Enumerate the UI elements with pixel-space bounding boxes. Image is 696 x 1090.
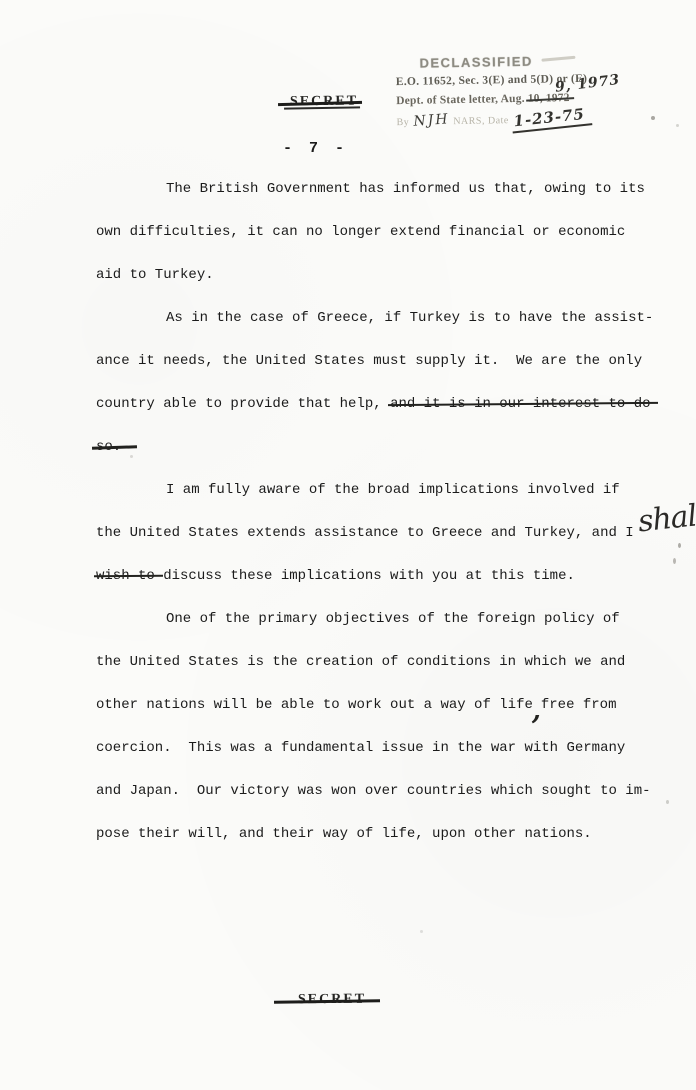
struck-text: so. bbox=[96, 439, 121, 456]
body-line: One of the primary objectives of the for… bbox=[96, 611, 656, 654]
body-line: As in the case of Greece, if Turkey is t… bbox=[96, 310, 656, 353]
body-text: country able to provide that help, bbox=[96, 396, 390, 412]
document-body: The British Government has informed us t… bbox=[96, 181, 656, 869]
paragraph: I am fully aware of the broad implicatio… bbox=[96, 482, 656, 611]
paragraph: As in the case of Greece, if Turkey is t… bbox=[96, 310, 656, 482]
body-text: discuss these implications with you at t… bbox=[155, 568, 575, 584]
body-text: The British Government has informed us t… bbox=[166, 181, 645, 197]
body-text: free from bbox=[541, 697, 617, 713]
handwritten-nars-date: 1-23-75 bbox=[511, 104, 592, 133]
scan-speckle bbox=[130, 455, 133, 458]
body-text: the United States extends assistance to … bbox=[96, 525, 634, 541]
body-line: I am fully aware of the broad implicatio… bbox=[96, 482, 656, 525]
comma-glyph: , bbox=[532, 706, 541, 716]
scan-speckle bbox=[676, 124, 679, 127]
by-label: By bbox=[396, 117, 409, 128]
scan-speckle bbox=[678, 543, 681, 548]
body-line: country able to provide that help, and i… bbox=[96, 396, 656, 439]
nars-line: ByNJHNARS, Date 1-23-75 bbox=[396, 107, 636, 132]
body-text: coercion. This was a fundamental issue i… bbox=[96, 740, 625, 756]
secret-stamp-top: SECRET bbox=[290, 94, 358, 111]
nars-label: NARS, Date bbox=[453, 115, 509, 127]
body-line: so. bbox=[96, 439, 656, 482]
handwritten-initials: NJH bbox=[413, 110, 450, 131]
body-line: and Japan. Our victory was won over coun… bbox=[96, 783, 656, 826]
scan-speckle bbox=[673, 558, 676, 564]
scan-speckle bbox=[651, 116, 655, 120]
body-text: other nations will be able to work out a… bbox=[96, 697, 533, 713]
scan-speckle bbox=[420, 930, 423, 933]
body-line: ance it needs, the United States must su… bbox=[96, 353, 656, 396]
body-text: and Japan. Our victory was won over coun… bbox=[96, 783, 651, 799]
body-line: The British Government has informed us t… bbox=[96, 181, 656, 224]
body-text: own difficulties, it can no longer exten… bbox=[96, 224, 625, 240]
secret-stamp-bottom: SECRET bbox=[298, 992, 366, 1008]
scan-speckle bbox=[666, 800, 669, 804]
declassification-stamp: DECLASSIFIED E.O. 11652, Sec. 3(E) and 5… bbox=[395, 50, 636, 132]
handwritten-insertion-shall: shall bbox=[638, 516, 696, 523]
body-line: own difficulties, it can no longer exten… bbox=[96, 224, 656, 267]
body-line: wish to discuss these implications with … bbox=[96, 568, 656, 611]
paragraph: One of the primary objectives of the for… bbox=[96, 611, 656, 869]
body-text: ance it needs, the United States must su… bbox=[96, 353, 642, 369]
body-line: the United States is the creation of con… bbox=[96, 654, 656, 697]
body-line: the United States extends assistance to … bbox=[96, 525, 656, 568]
body-line: other nations will be able to work out a… bbox=[96, 697, 656, 740]
body-line: aid to Turkey. bbox=[96, 267, 656, 310]
struck-text: wish to bbox=[96, 568, 155, 585]
struck-text: and it is in our interest to do bbox=[390, 396, 650, 413]
body-text: One of the primary objectives of the for… bbox=[166, 611, 620, 627]
page-number: - 7 - bbox=[283, 140, 348, 157]
body-text: aid to Turkey. bbox=[96, 267, 214, 283]
body-text: the United States is the creation of con… bbox=[96, 654, 625, 670]
paragraph: The British Government has informed us t… bbox=[96, 181, 656, 310]
body-text: I am fully aware of the broad implicatio… bbox=[166, 482, 620, 498]
body-text: pose their will, and their way of life, … bbox=[96, 826, 592, 842]
document-page: DECLASSIFIED E.O. 11652, Sec. 3(E) and 5… bbox=[0, 0, 696, 1090]
body-text: As in the case of Greece, if Turkey is t… bbox=[166, 310, 653, 326]
body-line: coercion. This was a fundamental issue i… bbox=[96, 740, 656, 783]
state-letter-prefix: Dept. of State letter, Aug. bbox=[396, 93, 528, 107]
body-line: pose their will, and their way of life, … bbox=[96, 826, 656, 869]
